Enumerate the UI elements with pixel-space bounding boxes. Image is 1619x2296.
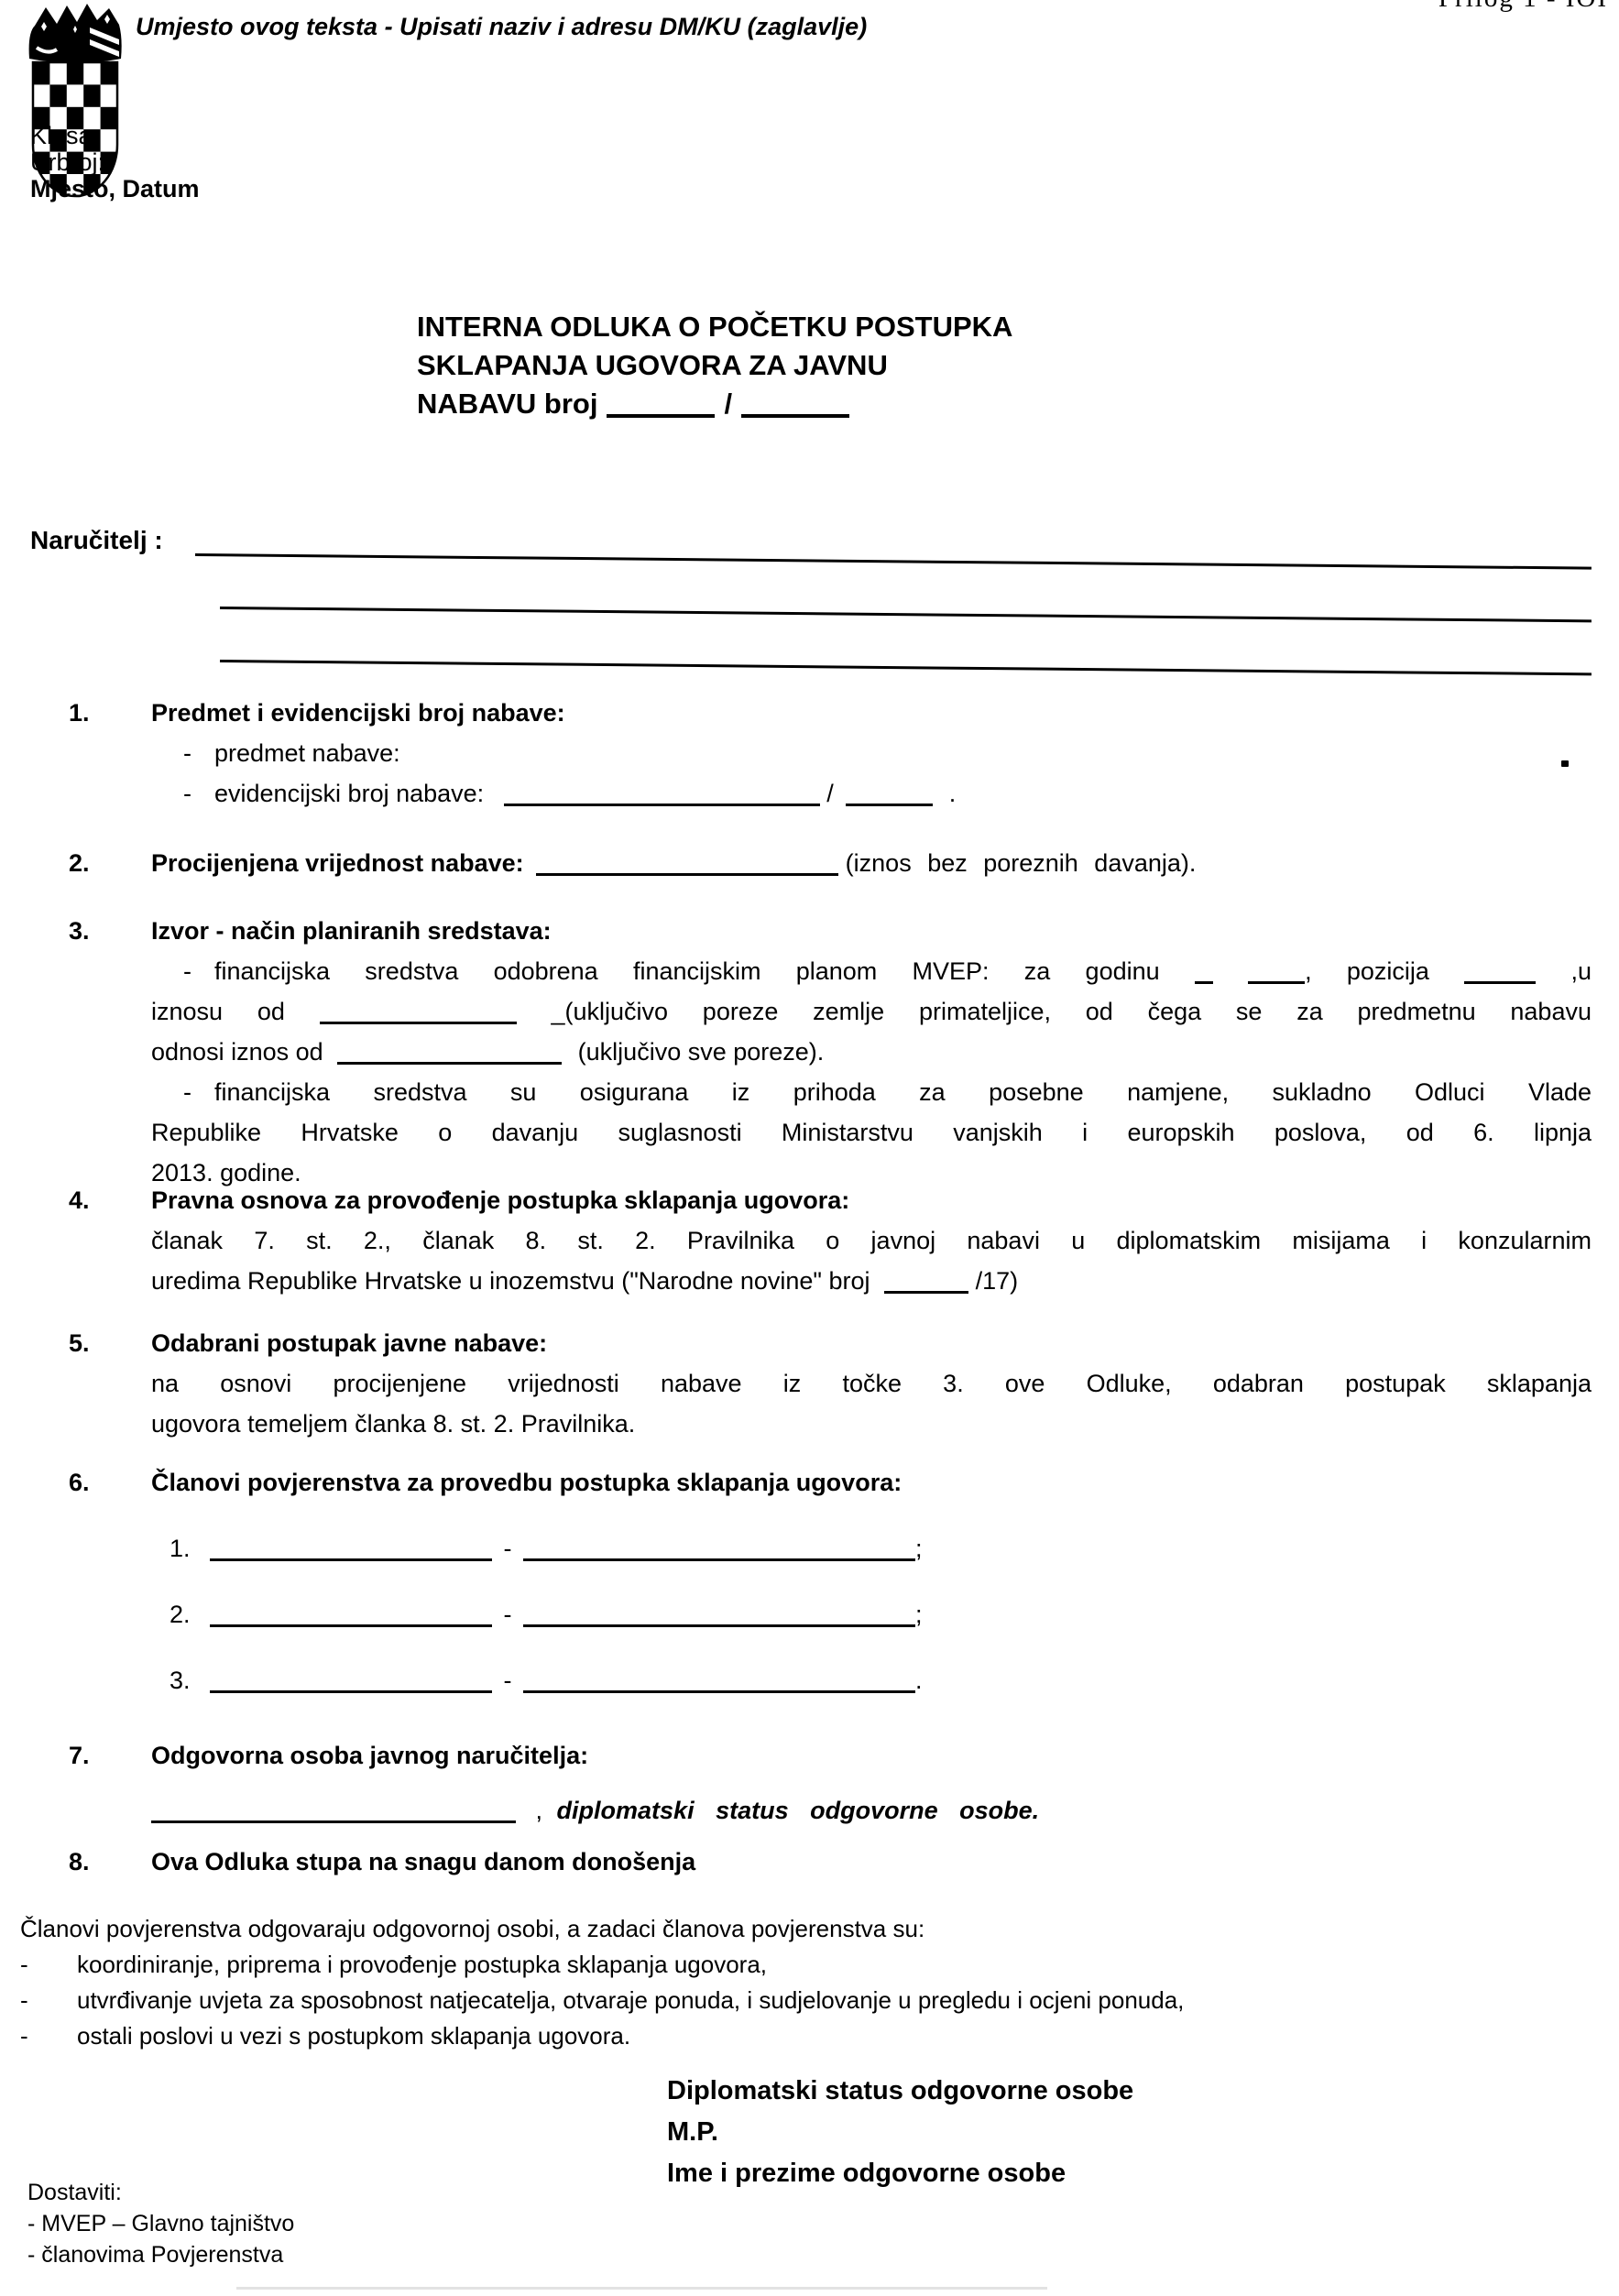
section-1-item-1-text: predmet nabave: [214, 733, 400, 773]
duties-intro: Članovi povjerenstva odgovaraju odgovorn… [20, 1911, 1321, 1947]
signature-block: Diplomatski status odgovorne osobe M.P. … [667, 2071, 1133, 2194]
evidence-number-blank [504, 804, 820, 806]
section-7-number: 7. [69, 1735, 151, 1831]
section-2: 2. Procijenjena vrijednost nabave: (izno… [69, 843, 1592, 883]
duty-item-3: - ostali poslovi u vezi s postupkom skla… [20, 2018, 1321, 2054]
section-5: 5. Odabrani postupak javne nabave: na os… [69, 1323, 1592, 1444]
section-1-item-2: - evidencijski broj nabave: / . [183, 773, 1592, 814]
narucitelj-blank-line-1 [195, 553, 1592, 570]
bullet-dash: - [20, 1947, 77, 1983]
section-5-number: 5. [69, 1323, 151, 1444]
duty-item-2-text: utvrđivanje uvjeta za sposobnost natjeca… [77, 1983, 1184, 2018]
procurement-number-blank [607, 414, 715, 418]
title-line-3-prefix: NABAVU broj [417, 388, 597, 420]
scan-artifact-streak [236, 2287, 1047, 2290]
section-8: 8. Ova Odluka stupa na snagu danom donoš… [69, 1842, 1592, 1882]
section-1-number: 1. [69, 693, 151, 814]
title-slash: / [724, 388, 732, 420]
scan-artifact-dot [1561, 760, 1569, 767]
year-blank-short [1195, 981, 1213, 984]
signature-status-line: Diplomatski status odgovorne osobe [667, 2071, 1133, 2112]
duty-item-2: - utvrđivanje uvjeta za sposobnost natje… [20, 1983, 1321, 2018]
section-4-heading: Pravna osnova za provođenje postupka skl… [151, 1180, 1592, 1220]
uklucivo-poreze-text: _(uključivo poreze zemlje primateljice, … [551, 998, 1592, 1025]
section-7: 7. Odgovorna osoba javnog naručitelja: ,… [69, 1735, 1592, 1831]
member-1-role-blank [523, 1558, 915, 1561]
section-1-item-1: - predmet nabave: [183, 733, 1592, 773]
narodne-novine-text: uredima Republike Hrvatske u inozemstvu … [151, 1267, 870, 1295]
section-6-heading: Članovi povjerenstva za provedbu postupk… [151, 1462, 1592, 1503]
scanned-document-page: Prilog 1 - IOI [0, 0, 1619, 2296]
section-5-line-1: na osnovi procijenjene vrijednosti nabav… [151, 1363, 1592, 1404]
pozicija-text: , pozicija [1305, 957, 1429, 985]
bullet-dash: - [183, 1072, 214, 1112]
mjesto-datum-label: Mjesto, Datum [30, 176, 200, 202]
section-3: 3. Izvor - način planiranih sredstava: -… [69, 911, 1592, 1193]
section-4: 4. Pravna osnova za provođenje postupka … [69, 1180, 1592, 1301]
section-4-number: 4. [69, 1180, 151, 1301]
u-text: ,u [1570, 957, 1592, 985]
section-1-item-2-text: evidencijski broj nabave: [214, 780, 484, 807]
distribution-list: Dostaviti: - MVEP – Glavno tajništvo - č… [27, 2177, 294, 2270]
section-8-number: 8. [69, 1842, 151, 1882]
committee-member-row-1: 1.-; [170, 1528, 1592, 1569]
member-3-name-blank [210, 1690, 492, 1693]
section-6: 6. Članovi povjerenstva za provedbu post… [69, 1462, 1592, 1700]
committee-member-row-2: 2.-; [170, 1594, 1592, 1635]
title-line-3: NABAVU broj/ [417, 385, 1012, 423]
section-8-heading: Ova Odluka stupa na snagu danom donošenj… [151, 1842, 1592, 1882]
section-4-line-1: članak 7. st. 2., članak 8. st. 2. Pravi… [151, 1220, 1592, 1261]
urbroj-label: Urbroj: [30, 149, 200, 176]
narucitelj-blank-line-3 [220, 660, 1592, 675]
corner-note: Prilog 1 - IOI [1439, 0, 1608, 14]
member-1-name-blank [210, 1558, 492, 1561]
bullet-dash: - [183, 951, 214, 991]
section-2-suffix: (iznos bez poreznih davanja). [846, 849, 1197, 877]
sve-poreze-text: (uključivo sve poreze). [578, 1038, 825, 1066]
member-1-end: ; [915, 1535, 923, 1562]
section-1-heading: Predmet i evidencijski broj nabave: [151, 693, 1592, 733]
bullet-dash: - [20, 1983, 77, 2018]
funds-secured-line-2: Republike Hrvatske o davanju suglasnosti… [151, 1112, 1592, 1153]
section-5-line-2: ugovora temeljem članka 8. st. 2. Pravil… [151, 1404, 1592, 1444]
signature-name-line: Ime i prezime odgovorne osobe [667, 2153, 1133, 2194]
section-3-bullet-1-line-3: odnosi iznos od (uključivo sve poreze). [151, 1032, 1592, 1072]
odnosi-iznos-text: odnosi iznos od [151, 1038, 323, 1066]
amount-blank [320, 1022, 517, 1024]
committee-member-row-3: 3.-. [170, 1660, 1592, 1700]
section-3-bullet-1-line-2: iznosu od _(uključivo poreze zemlje prim… [151, 991, 1592, 1032]
member-2-name-blank [210, 1624, 492, 1627]
diplomatic-status-note: diplomatski status odgovorne osobe. [557, 1797, 1040, 1824]
section-4-line-2: uredima Republike Hrvatske u inozemstvu … [151, 1261, 1592, 1301]
narucitelj-blank-line-2 [220, 607, 1592, 622]
section-3-bullet-1: - financijska sredstva odobrena financij… [183, 951, 1592, 991]
duty-item-1-text: koordiniranje, priprema i provođenje pos… [77, 1947, 767, 1983]
evidence-year-blank [846, 804, 933, 806]
member-2-role-blank [523, 1624, 915, 1627]
member-3-index: 3. [170, 1660, 210, 1700]
section-5-heading: Odabrani postupak javne nabave: [151, 1323, 1592, 1363]
pozicija-blank [1464, 981, 1536, 984]
partial-amount-blank [337, 1062, 562, 1065]
sentence-period: . [949, 780, 957, 807]
year-blank [1248, 981, 1305, 984]
member-2-end: ; [915, 1601, 923, 1628]
gazette-number-blank [884, 1291, 968, 1294]
duty-item-1: - koordiniranje, priprema i provođenje p… [20, 1947, 1321, 1983]
distribution-item-2: - članovima Povjerenstva [27, 2239, 294, 2270]
bullet-dash: - [183, 773, 214, 814]
funds-plan-text: financijska sredstva odobrena financijsk… [214, 957, 1160, 985]
distribution-label: Dostaviti: [27, 2177, 294, 2208]
bullet-dash: - [183, 733, 214, 773]
evidence-number-slash: / [826, 780, 834, 807]
bullet-dash: - [20, 2018, 77, 2054]
title-line-1: INTERNA ODLUKA O POČETKU POSTUPKA [417, 308, 1012, 346]
iznosu-od-text: iznosu od [151, 998, 285, 1025]
member-3-end: . [915, 1667, 923, 1694]
title-line-2: SKLAPANJA UGOVORA ZA JAVNU [417, 346, 1012, 385]
section-1: 1. Predmet i evidencijski broj nabave: -… [69, 693, 1592, 814]
member-3-dash: - [492, 1660, 523, 1700]
distribution-item-1: - MVEP – Glavno tajništvo [27, 2208, 294, 2239]
member-1-dash: - [492, 1528, 523, 1569]
member-3-role-blank [523, 1690, 915, 1693]
procurement-year-blank [741, 414, 849, 418]
member-2-index: 2. [170, 1594, 210, 1635]
section-3-heading: Izvor - način planiranih sredstava: [151, 911, 1592, 951]
gazette-suffix: /17) [976, 1267, 1019, 1295]
section-7-content: , diplomatski status odgovorne osobe. [151, 1790, 1592, 1831]
section-2-number: 2. [69, 843, 151, 883]
section-3-number: 3. [69, 911, 151, 1193]
committee-duties-notes: Članovi povjerenstva odgovaraju odgovorn… [20, 1911, 1321, 2054]
funds-secured-line-1: financijska sredstva su osigurana iz pri… [214, 1072, 1592, 1112]
responsible-person-blank [151, 1820, 516, 1823]
klasa-label: Klasa: [30, 123, 200, 149]
duty-item-3-text: ostali poslovi u vezi s postupkom sklapa… [77, 2018, 630, 2054]
reference-block: Klasa: Urbroj: Mjesto, Datum [30, 123, 200, 202]
signature-seal-line: M.P. [667, 2112, 1133, 2153]
letterhead-instruction: Umjesto ovog teksta - Upisati naziv i ad… [136, 13, 867, 41]
section-7-heading: Odgovorna osoba javnog naručitelja: [151, 1735, 1592, 1776]
document-title: INTERNA ODLUKA O POČETKU POSTUPKA SKLAPA… [417, 308, 1012, 423]
estimated-value-blank [536, 873, 838, 876]
member-1-index: 1. [170, 1528, 210, 1569]
narucitelj-label: Naručitelj : [30, 526, 163, 555]
section-2-heading: Procijenjena vrijednost nabave: [151, 849, 524, 877]
member-2-dash: - [492, 1594, 523, 1635]
section-6-number: 6. [69, 1462, 151, 1700]
comma: , [536, 1797, 543, 1824]
section-3-bullet-2: - financijska sredstva su osigurana iz p… [183, 1072, 1592, 1112]
